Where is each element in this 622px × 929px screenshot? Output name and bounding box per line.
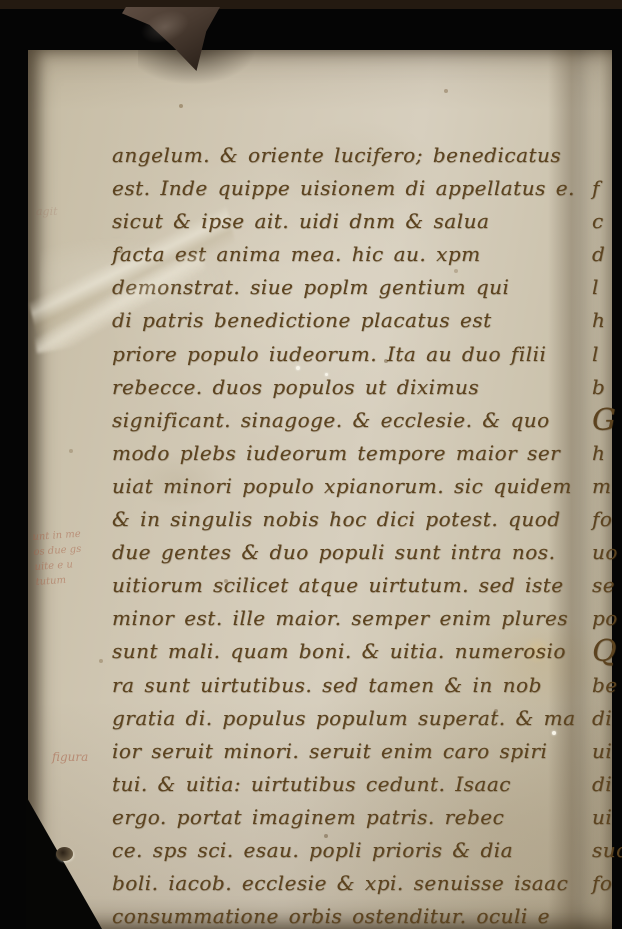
white-speck bbox=[552, 731, 556, 735]
text-line: consummatione orbis ostenditur. oculi e bbox=[112, 900, 572, 929]
text-line: ior seruit minori. seruit enim caro spir… bbox=[112, 735, 572, 768]
facing-fragment: po bbox=[592, 602, 622, 635]
text-line: minor est. ille maior. semper enim plure… bbox=[112, 602, 572, 635]
facing-fragment bbox=[592, 900, 622, 929]
facing-fragment: b bbox=[592, 371, 622, 404]
text-line: angelum. & oriente lucifero; benedicatus bbox=[112, 139, 572, 172]
facing-fragment: h bbox=[592, 304, 622, 337]
facing-fragment: l bbox=[592, 338, 622, 371]
text-line: ce. sps sci. esau. popli prioris & dia bbox=[112, 834, 572, 867]
facing-fragment: l bbox=[592, 271, 622, 304]
facing-page-text-edge: f c d l h l b G h m fo uo se po Q be di … bbox=[592, 139, 622, 929]
text-line: ergo. portat imaginem patris. rebec bbox=[112, 801, 572, 834]
text-line: significant. sinagoge. & ecclesie. & quo bbox=[112, 404, 572, 437]
photo-top-edge bbox=[0, 0, 622, 9]
facing-fragment: c bbox=[592, 205, 622, 238]
text-line: sunt mali. quam boni. & uitia. numerosio bbox=[112, 635, 572, 668]
text-line: uiat minori populo xpianorum. sic quidem bbox=[112, 470, 572, 503]
text-line: priore populo iudeorum. Ita au duo filii bbox=[112, 338, 572, 371]
text-line: uitiorum scilicet atque uirtutum. sed is… bbox=[112, 569, 572, 602]
margin-note-figura: figura bbox=[52, 750, 88, 764]
manuscript-photo: agit unt in me os due gs uite e u tutum … bbox=[0, 0, 622, 929]
text-line: sicut & ipse ait. uidi dnm & salua bbox=[112, 205, 572, 238]
facing-fragment: se bbox=[592, 569, 622, 602]
margin-note-faded: agit bbox=[36, 205, 58, 218]
text-line: & in singulis nobis hoc dici potest. quo… bbox=[112, 503, 572, 536]
text-line: gratia di. populus populum superat. & ma bbox=[112, 702, 572, 735]
facing-fragment: fo bbox=[592, 503, 622, 536]
facing-fragment: suc bbox=[592, 834, 622, 867]
text-line: est. Inde quippe uisionem di appellatus … bbox=[112, 172, 572, 205]
facing-fragment: h bbox=[592, 437, 622, 470]
facing-fragment: d bbox=[592, 238, 622, 271]
facing-fragment-initial: G bbox=[592, 404, 622, 437]
facing-fragment: fo bbox=[592, 867, 622, 900]
facing-fragment: ui bbox=[592, 801, 622, 834]
white-speck bbox=[325, 373, 328, 376]
text-line: tui. & uitia: uirtutibus cedunt. Isaac bbox=[112, 768, 572, 801]
text-line: modo plebs iudeorum tempore maior ser bbox=[112, 437, 572, 470]
facing-fragment: f bbox=[592, 172, 622, 205]
text-line: due gentes & duo populi sunt intra nos. bbox=[112, 536, 572, 569]
ink-flecks bbox=[40, 60, 42, 62]
facing-fragment-initial: Q bbox=[592, 635, 622, 668]
facing-fragment bbox=[592, 139, 622, 172]
margin-gloss-rubric: unt in me os due gs uite e u tutum bbox=[32, 524, 122, 590]
text-line: boli. iacob. ecclesie & xpi. senuisse is… bbox=[112, 867, 572, 900]
facing-fragment: be bbox=[592, 669, 622, 702]
facing-fragment: m bbox=[592, 470, 622, 503]
facing-fragment: ui bbox=[592, 735, 622, 768]
text-line: ra sunt uirtutibus. sed tamen & in nob bbox=[112, 669, 572, 702]
parchment-hole bbox=[56, 847, 73, 861]
white-speck bbox=[296, 366, 300, 370]
facing-fragment: di bbox=[592, 768, 622, 801]
facing-fragment: di bbox=[592, 702, 622, 735]
text-line: rebecce. duos populos ut diximus bbox=[112, 371, 572, 404]
facing-fragment: uo bbox=[592, 536, 622, 569]
